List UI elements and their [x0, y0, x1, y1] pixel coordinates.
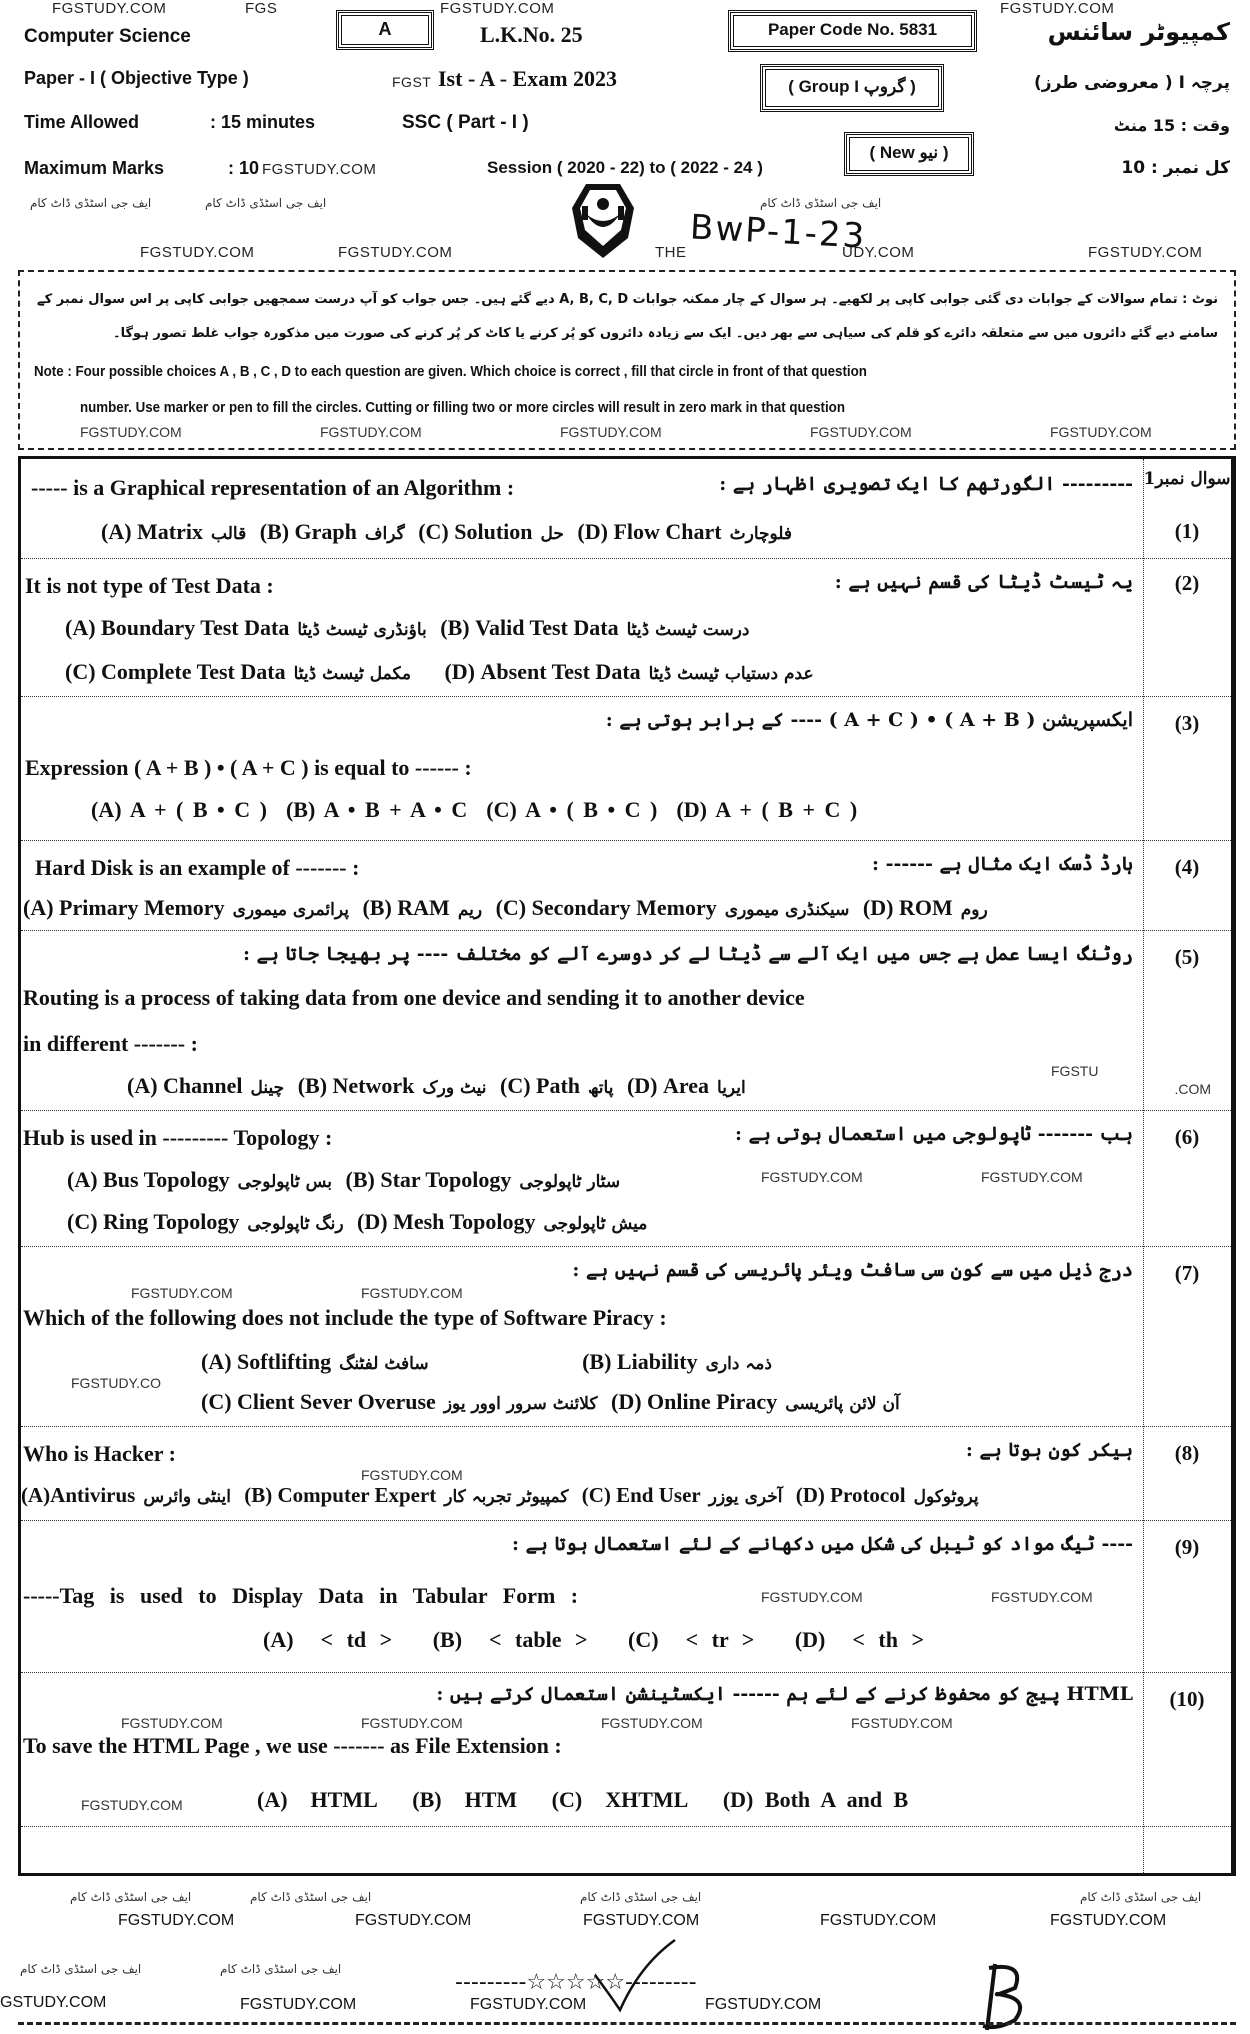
watermark: FGSTUDY.COM [991, 1589, 1093, 1605]
question-text-ur: درج ذیل میں سے کون سی سافٹ ویئر پائریسی … [572, 1259, 1133, 1281]
watermark-urdu: ایف جی اسٹڈی ڈاٹ کام [760, 196, 881, 210]
question-text-ur: ایکسپریشن ( A + B ) • ( A + C ) ---- کے … [606, 709, 1133, 731]
watermark: FGSTUDY.COM [981, 1169, 1083, 1185]
watermark: FGSTUDY.COM [140, 244, 254, 261]
watermark: UDY.COM [842, 244, 914, 261]
bottom-border [18, 2022, 1236, 2025]
watermark: FGSTUDY.COM [320, 424, 422, 440]
max-marks-value: : 10 [228, 158, 259, 179]
option-a[interactable]: (A) Boundary Test Dataباؤنڈری ٹیسٹ ڈیٹا [65, 615, 435, 640]
scheme-box: ( New نیو ) [846, 134, 972, 174]
note-urdu-line2: سامنے دیے گئے دائروں میں سے متعلقہ دائرے… [113, 326, 1218, 341]
question-number: (1) [1143, 519, 1231, 544]
question-text-en: To save the HTML Page , we use ------- a… [23, 1733, 562, 1759]
option-a[interactable]: (A)Antivirusاینٹی وائرس [21, 1483, 239, 1507]
watermark: FGSTUDY.COM [1088, 244, 1202, 261]
option-a[interactable]: (A) A + ( B • C ) [91, 797, 267, 822]
question-text-ur: ہیکر کون ہوتا ہے : [966, 1439, 1133, 1461]
watermark: GSTUDY.COM [0, 1994, 106, 2012]
option-b[interactable]: (B) A • B + A • C [286, 797, 467, 822]
question-row: (10) HTML پیج کو محفوظ کرنے کے لئے ہم --… [21, 1673, 1231, 1827]
option-c[interactable]: (C) < tr > [628, 1627, 754, 1652]
questions-table: سوال نمبر1 (1) ----- is a Graphical repr… [18, 456, 1236, 1876]
instructions-box: نوٹ : تمام سوالات کے جوابات دی گئی جوابی… [18, 270, 1236, 450]
time-ur: وقت : 15 منٹ [1114, 116, 1230, 135]
exam-title: Ist - A - Exam 2023 [438, 66, 617, 92]
options: (A) Matrixقالب (B) Graphگراف (C) Solutio… [101, 519, 800, 545]
option-d[interactable]: (D) Mesh Topologyمیش ٹاپولوجی [357, 1209, 655, 1234]
options-row-2: (C) Complete Test Dataمکمل ٹیسٹ ڈیٹا (D)… [65, 659, 822, 685]
watermark: FGSTUDY.COM [361, 1285, 463, 1301]
watermark: FGSTUDY.COM [52, 0, 166, 17]
watermark: FGSTUDY.COM [470, 1996, 586, 2014]
option-c[interactable]: (C) Secondary Memoryسیکنڈری میموری [496, 895, 858, 920]
option-c[interactable]: (C) Complete Test Dataمکمل ٹیسٹ ڈیٹا [65, 659, 419, 684]
question-row: (3) ایکسپریشن ( A + B ) • ( A + C ) ----… [21, 697, 1231, 841]
option-d[interactable]: (D) Areaایریا [627, 1073, 754, 1098]
watermark: FGSTUDY.CO [71, 1375, 161, 1391]
watermark: FGSTUDY.COM [1000, 0, 1114, 17]
question-text-ur: --------- الگورتھم کا ایک تصویری اظہار ہ… [719, 473, 1133, 495]
checkmark-signature-icon [590, 1935, 680, 2015]
marks-ur: کل نمبر : 10 [1121, 158, 1230, 178]
question-text-ur: ہب ------- ٹاپولوجی میں استعمال ہوتی ہے … [735, 1123, 1133, 1145]
question-text-en-line2: in different ------- : [23, 1031, 198, 1057]
question-number: (10) [1143, 1687, 1231, 1712]
option-c[interactable]: (C) Ring Topologyرنگ ٹاپولوجی [67, 1209, 352, 1234]
option-c[interactable]: (C) Solutionحل [418, 519, 572, 544]
option-c[interactable]: (C) XHTML [552, 1787, 689, 1812]
watermark: FGSTUDY.COM [705, 1996, 821, 2014]
session: Session ( 2020 - 22) to ( 2022 - 24 ) [487, 158, 763, 178]
question-row: (4) Hard Disk is an example of ------- :… [21, 841, 1231, 931]
option-d[interactable]: (D) Protocolپروٹوکول [796, 1483, 987, 1507]
watermark: FGSTUDY.COM [361, 1467, 463, 1483]
watermark: FGSTUDY.COM [851, 1715, 953, 1731]
options-row-1: (A) Softliftingسافٹ لفٹنگ (B) Liabilityذ… [201, 1349, 780, 1375]
option-b[interactable]: (B) Liabilityذمہ داری [582, 1349, 780, 1374]
watermark: FGSTUDY.COM [80, 424, 182, 440]
question-text-en: Who is Hacker : [23, 1441, 176, 1467]
watermark: FGSTUDY.COM [820, 1912, 936, 1930]
options: (A) HTML (B) HTM (C) XHTML (D) Both A an… [257, 1787, 908, 1813]
watermark: FGS [245, 0, 277, 17]
watermark-urdu: ایف جی اسٹڈی ڈاٹ کام [580, 1890, 701, 1904]
question-number: (4) [1143, 855, 1231, 880]
watermark: FGSTUDY.COM [118, 1912, 234, 1930]
question-text-ur: یہ ٹیسٹ ڈیٹا کی قسم نہیں ہے : [835, 571, 1133, 593]
options-row-2: (C) Client Sever Overuseکلائنٹ سرور اوور… [201, 1389, 908, 1415]
version-box: A [338, 12, 432, 48]
option-b[interactable]: (B) HTM [412, 1787, 517, 1812]
option-a[interactable]: (A) Channelچینل [127, 1073, 292, 1098]
watermark: FGSTUDY.COM [121, 1715, 223, 1731]
question-row: (2) It is not type of Test Data : یہ ٹیس… [21, 559, 1231, 697]
watermark: FGST [392, 74, 431, 90]
options-row-2: (C) Ring Topologyرنگ ٹاپولوجی (D) Mesh T… [67, 1209, 655, 1235]
option-d[interactable]: (D) Absent Test Dataعدم دستیاب ٹیسٹ ڈیٹا [444, 659, 821, 684]
question-row: (8) Who is Hacker : ہیکر کون ہوتا ہے : F… [21, 1427, 1231, 1521]
question-text-en: It is not type of Test Data : [25, 573, 274, 599]
watermark-urdu: ایف جی اسٹڈی ڈاٹ کام [250, 1890, 371, 1904]
paper-code-box: Paper Code No. 5831 [730, 12, 975, 50]
lk-number: L.K.No. 25 [480, 22, 583, 48]
question-row: (7) درج ذیل میں سے کون سی سافٹ ویئر پائر… [21, 1247, 1231, 1427]
group-box: ( Group I گروپ ) [762, 66, 942, 110]
options: (A) < td > (B) < table > (C) < tr > (D) … [263, 1627, 924, 1653]
question-number: (6) [1143, 1125, 1231, 1150]
watermark: FGSTUDY.COM [355, 1912, 471, 1930]
subject-en: Computer Science [24, 26, 191, 48]
question-number: (7) [1143, 1261, 1231, 1286]
paper-type: Paper - I ( Objective Type ) [24, 68, 249, 89]
options-row-1: (A) Boundary Test Dataباؤنڈری ٹیسٹ ڈیٹا … [65, 615, 757, 641]
max-marks-label: Maximum Marks [24, 158, 164, 179]
option-d[interactable]: (D) ROMروم [863, 895, 996, 920]
option-a[interactable]: (A) < td > [263, 1627, 392, 1652]
question-number: (5) [1143, 945, 1231, 970]
watermark: FGSTUDY.COM [81, 1797, 183, 1813]
options: (A) Primary Memoryپرائمری میموری (B) RAM… [23, 895, 996, 921]
option-d[interactable]: (D) A + ( B + C ) [676, 797, 857, 822]
watermark: THE [655, 244, 687, 261]
watermark: FGSTUDY.COM [338, 244, 452, 261]
watermark-urdu: ایف جی اسٹڈی ڈاٹ کام [20, 1962, 141, 1976]
option-d[interactable]: (D) Both A and B [723, 1787, 908, 1812]
time-allowed-value: : 15 minutes [210, 112, 315, 133]
watermark-urdu: ایف جی اسٹڈی ڈاٹ کام [220, 1962, 341, 1976]
question-row: (5) روٹنگ ایسا عمل ہے جس میں ایک آلے سے … [21, 931, 1231, 1111]
version-label: A [379, 19, 392, 39]
question-text-en: Which of the following does not include … [23, 1305, 667, 1331]
watermark: FGSTUDY.COM [601, 1715, 703, 1731]
watermark-urdu: ایف جی اسٹڈی ڈاٹ کام [205, 196, 326, 210]
question-text-ur: HTML پیج کو محفوظ کرنے کے لئے ہم ------ … [436, 1683, 1133, 1705]
option-c[interactable]: (C) End Userآخری یوزر [582, 1483, 791, 1507]
handwritten-code: BwP-1-23 [689, 207, 867, 256]
question-number: (8) [1143, 1441, 1231, 1466]
option-b[interactable]: (B) Graphگراف [260, 519, 413, 544]
question-text-ur: ---- ٹیگ مواد کو ٹیبل کی شکل میں دکھانے … [512, 1533, 1133, 1555]
option-b[interactable]: (B) Star Topologyسٹار ٹاپولوجی [346, 1167, 629, 1192]
question-number: (2) [1143, 571, 1231, 596]
options: (A) A + ( B • C ) (B) A • B + A • C (C) … [91, 797, 857, 823]
option-a[interactable]: (A) HTML [257, 1787, 378, 1812]
option-d[interactable]: (D) Flow Chartفلوچارٹ [577, 519, 800, 544]
watermark: FGSTUDY.COM [1050, 1912, 1166, 1930]
board-emblem-icon [568, 180, 638, 260]
paper-type-ur: پرچہ I ( معروضی طرز) [1034, 72, 1230, 93]
option-b[interactable]: (B) < table > [433, 1627, 588, 1652]
watermark: FGSTUDY.COM [440, 0, 554, 17]
watermark: FGSTUDY.COM [262, 161, 376, 178]
question-text-ur: روٹنگ ایسا عمل ہے جس میں ایک آلے سے ڈیٹا… [243, 943, 1133, 965]
option-b[interactable]: (B) RAMریم [362, 895, 490, 920]
question-number: (3) [1143, 711, 1231, 736]
watermark-urdu: ایف جی اسٹڈی ڈاٹ کام [1080, 1890, 1201, 1904]
option-b[interactable]: (B) Computer Expertکمپیوٹر تجربہ کار [244, 1483, 576, 1507]
option-d[interactable]: (D) < th > [795, 1627, 924, 1652]
watermark: FGSTUDY.COM [240, 1996, 356, 2014]
note-english-line2: number. Use marker or pen to fill the ci… [80, 400, 845, 416]
watermark: FGSTUDY.COM [361, 1715, 463, 1731]
question-row: سوال نمبر1 (1) ----- is a Graphical repr… [21, 459, 1231, 559]
watermark-urdu: ایف جی اسٹڈی ڈاٹ کام [30, 196, 151, 210]
question-text-ur: ہارڈ ڈسک ایک مثال ہے ------ : [872, 853, 1133, 875]
watermark-urdu: ایف جی اسٹڈی ڈاٹ کام [70, 1890, 191, 1904]
note-english-line1: Note : Four possible choices A , B , C ,… [34, 364, 867, 380]
option-b[interactable]: (B) Networkنیٹ ورک [298, 1073, 495, 1098]
question-text-en: ----- is a Graphical representation of a… [31, 475, 514, 501]
group-label: ( Group I گروپ ) [788, 77, 916, 96]
question-text-en: Hard Disk is an example of ------- : [35, 855, 359, 881]
question-number: (9) [1143, 1535, 1231, 1560]
note-urdu-line1: نوٹ : تمام سوالات کے جوابات دی گئی جوابی… [37, 292, 1218, 307]
time-allowed-label: Time Allowed [24, 112, 139, 133]
option-a[interactable]: (A) Bus Topologyبس ٹاپولوجی [67, 1167, 340, 1192]
watermark: FGSTUDY.COM [560, 424, 662, 440]
watermark: FGSTUDY.COM [810, 424, 912, 440]
watermark: FGSTUDY.COM [583, 1912, 699, 1930]
question-row: (9) ---- ٹیگ مواد کو ٹیبل کی شکل میں دکھ… [21, 1521, 1231, 1673]
question-text-en: Expression ( A + B ) • ( A + C ) is equa… [25, 755, 472, 781]
question-text-en: Routing is a process of taking data from… [23, 985, 805, 1011]
option-c[interactable]: (C) A • ( B • C ) [486, 797, 657, 822]
watermark: FGSTUDY.COM [761, 1589, 863, 1605]
paper-code: Paper Code No. 5831 [768, 20, 937, 39]
watermark: FGSTUDY.COM [1050, 424, 1152, 440]
question-text-en: Hub is used in --------- Topology : [23, 1125, 332, 1151]
option-c[interactable]: (C) Client Sever Overuseکلائنٹ سرور اوور… [201, 1389, 606, 1414]
scheme-label: ( New نیو ) [869, 143, 948, 162]
section-label: سوال نمبر1 [1143, 469, 1231, 489]
question-row: (6) Hub is used in --------- Topology : … [21, 1111, 1231, 1247]
watermark: FGSTUDY.COM [761, 1169, 863, 1185]
class-label: SSC ( Part - I ) [402, 112, 529, 134]
question-text-en: -----Tag is used to Display Data in Tabu… [23, 1583, 578, 1609]
options: (A) Channelچینل (B) Networkنیٹ ورک (C) P… [127, 1073, 754, 1099]
option-a[interactable]: (A) Primary Memoryپرائمری میموری [23, 895, 357, 920]
watermark: FGSTU [1051, 1063, 1098, 1079]
watermark: .COM [1174, 1081, 1211, 1097]
subject-ur: کمپیوٹر سائنس [1048, 18, 1230, 46]
option-b[interactable]: (B) Valid Test Dataدرست ٹیسٹ ڈیٹا [440, 615, 757, 640]
options-row-1: (A) Bus Topologyبس ٹاپولوجی (B) Star Top… [67, 1167, 628, 1193]
option-c[interactable]: (C) Pathپاتھ [500, 1073, 621, 1098]
option-a[interactable]: (A) Softliftingسافٹ لفٹنگ [201, 1349, 437, 1374]
option-d[interactable]: (D) Online Piracyآن لائن پائریسی [611, 1389, 908, 1414]
option-a[interactable]: (A) Matrixقالب [101, 519, 254, 544]
options: (A)Antivirusاینٹی وائرس (B) Computer Exp… [21, 1483, 987, 1508]
watermark: FGSTUDY.COM [131, 1285, 233, 1301]
